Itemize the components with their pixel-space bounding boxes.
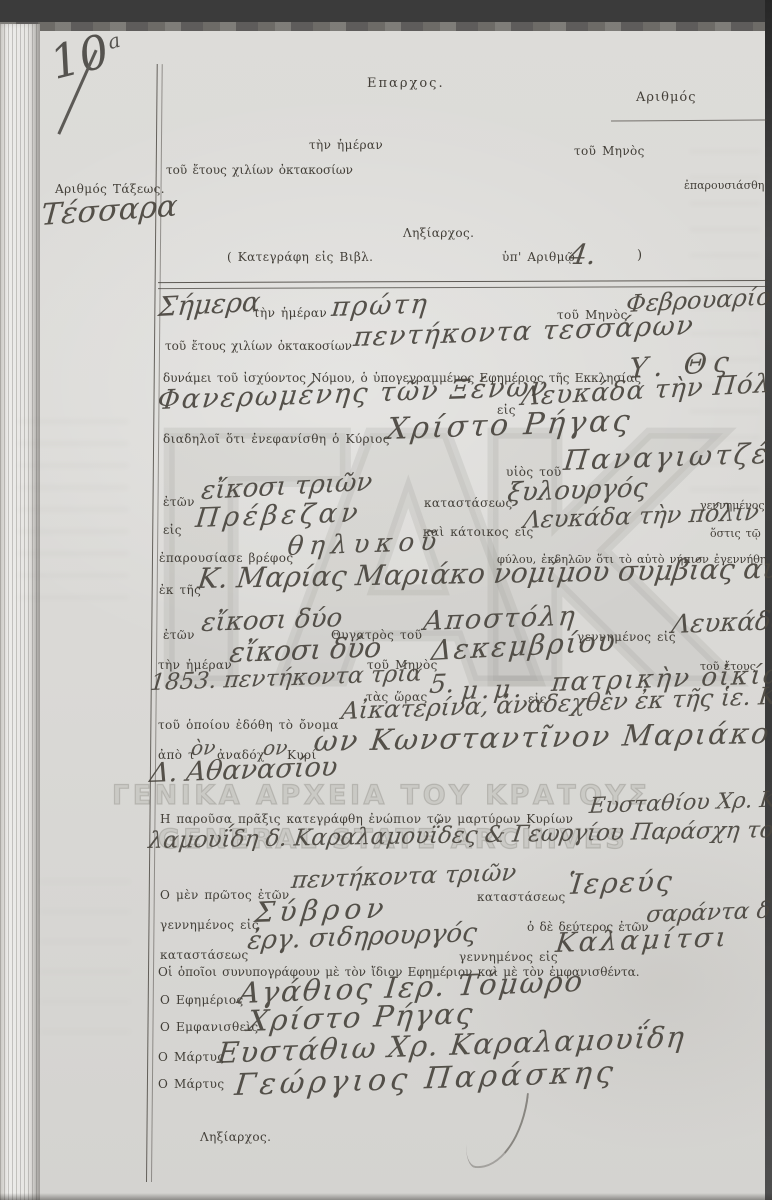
printed-tin-imeran-header: τὴν ἡμέραν	[309, 138, 383, 152]
printed-l14-onoma: τοῦ ὁποίου ἐδόθη τὸ ὄνομα	[158, 718, 339, 732]
printed-tou-etous-header: τοῦ ἔτους χιλίων ὀκτακοσίων	[166, 163, 353, 177]
printed-l2-etous: τοῦ ἔτους χιλίων ὀκτακοσίων	[165, 339, 352, 353]
scan-top-edge	[0, 0, 772, 22]
arithmos-underline	[611, 119, 767, 121]
printed-kategrafi: ( Κατεγράφη εἰς Βιβλ.	[227, 250, 373, 264]
book-page-edges	[0, 24, 40, 1200]
hand-l15-godparent: ων Κωνσταντῖνον Μαριάκον	[312, 716, 772, 758]
scanned-register-page: ΓΑΚ ΓΕΝΙΚΑ ΑΡΧΕΙΑ ΤΟΥ ΚΡΑΤΟΥΣ GENERAL ST…	[0, 0, 772, 1200]
hand-l21-birthplace2: Καλαμίτσι	[554, 922, 731, 959]
hand-l9-sex: θηλυκοῦ	[286, 527, 444, 562]
hand-l6-father: Παναγιωτζέ	[562, 437, 772, 477]
printed-l8-eis: εἰς	[163, 523, 182, 537]
printed-l23-efimerios: Ο Εφημέριος	[160, 993, 244, 1007]
printed-l21-katastaseos: καταστάσεως	[160, 948, 249, 962]
printed-lixiarchos-header: Ληξίαρχος.	[403, 226, 474, 240]
printed-l27-lixiarchos: Ληξίαρχος.	[200, 1130, 271, 1144]
printed-tou-minos-header: τοῦ Μηνὸς	[574, 144, 645, 158]
hand-l19-age: πεντήκοντα τριῶν	[290, 858, 518, 894]
printed-l19-katastaseos: καταστάσεως	[477, 890, 566, 904]
hand-l8-birthplace: Πρέβεζαν	[194, 497, 363, 534]
hand-book-number: 4.	[567, 238, 598, 271]
printed-l21-gennimenos: γεννημένος εἰς	[459, 950, 558, 964]
printed-l5-diadiloi: διαδηλοῖ ὅτι ἐνεφανίσθη ὁ Κύριος	[163, 432, 390, 446]
printed-l10-ek-tis: ἐκ τῆς	[159, 583, 201, 597]
hand-l5-name: Χρίστο Ρήγας	[385, 403, 634, 447]
printed-l8-ostis: ὅστις τῷ	[710, 527, 761, 540]
scan-right-edge	[765, 0, 772, 1200]
printed-l11-eton: ἐτῶν	[163, 628, 195, 642]
hand-l1-day: πρώτη	[330, 289, 430, 323]
printed-l7-katastaseos: καταστάσεως	[424, 496, 513, 510]
printed-close-paren: )	[637, 248, 642, 263]
printed-l1-tin-imeran: τὴν ἡμέραν	[253, 306, 327, 320]
ink-bleedthrough	[40, 880, 130, 1040]
folio-number-digits: 10	[45, 23, 115, 90]
printed-eparousiasthi: ἐπαρουσιάσθη	[684, 179, 764, 192]
hand-l11-her-birthplace: Λευκάδαν	[670, 605, 772, 640]
printed-l25-martys1: Ο Μάρτυς	[158, 1050, 224, 1064]
signature-flourish	[464, 1087, 529, 1173]
hand-l19-occupation: Ἱερεύς	[566, 864, 675, 901]
printed-l26-martys2: Ο Μάρτυς	[158, 1077, 224, 1091]
hand-simera: Σήμερα	[157, 287, 262, 323]
margin-double-rule	[146, 64, 163, 1182]
ink-bleedthrough	[690, 150, 760, 530]
printed-eparchos: Επαρχος.	[367, 76, 445, 91]
scan-bottom-edge	[0, 1193, 772, 1200]
printed-yp-arithmo: ὑπ' Αριθμῷ	[502, 250, 575, 264]
printed-l7-eton: ἐτῶν	[163, 495, 195, 509]
printed-arithmos: Αριθμός	[636, 90, 697, 105]
printed-l20-gennimenos: γεννημένος εἰς	[160, 918, 259, 932]
hand-l16-godparent2: Δ. Αθανασίου	[148, 751, 339, 789]
hand-l17-witness1a: Ευσταθίου Χρ. Καρα-	[588, 786, 772, 819]
printed-l24-emfanistheis: Ο Εμφανισθεὶς	[160, 1020, 258, 1034]
